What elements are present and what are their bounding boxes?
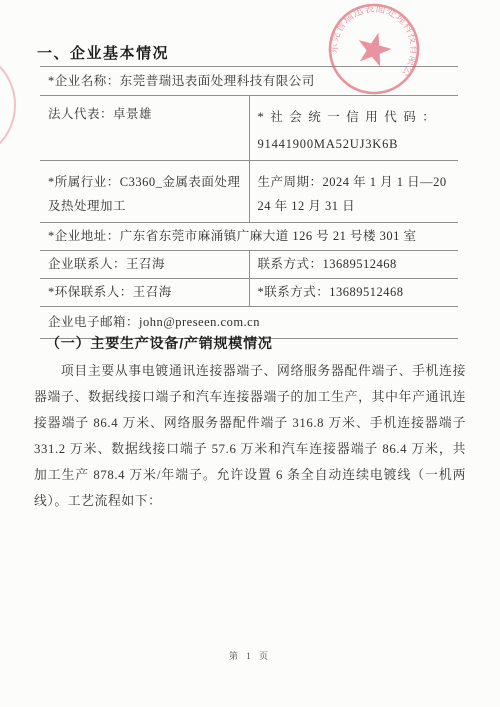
industry-cell: *所属行业：C3360_金属表面处理及热处理加工 xyxy=(40,161,249,223)
section2-heading: （一）主要生产设备/产销规模情况 xyxy=(46,333,273,353)
contact-phone-cell: 联系方式：13689512468 xyxy=(249,251,458,279)
table-row: *环保联系人：王召海 *联系方式：13689512468 xyxy=(40,279,458,307)
company-contact-cell: 企业联系人：王召海 xyxy=(40,251,249,279)
table-row: 法人代表：卓景雄 *社会统一信用代码： 91441900MA52UJ3K6B xyxy=(40,96,458,161)
table-row: *企业地址：广东省东莞市麻涌镇广麻大道 126 号 21 号楼 301 室 xyxy=(40,223,458,251)
table-row: *企业名称：东莞普瑞迅表面处理科技有限公司 xyxy=(40,67,458,96)
credit-code-cell: *社会统一信用代码： 91441900MA52UJ3K6B xyxy=(249,96,458,161)
company-address-cell: *企业地址：广东省东莞市麻涌镇广麻大道 126 号 21 号楼 301 室 xyxy=(40,223,458,251)
partial-stamp-arc xyxy=(0,48,16,162)
page-number: 第 1 页 xyxy=(0,649,500,662)
scanned-document-page: 一、企业基本情况 *企业名称：东莞普瑞迅表面处理科技有限公司 法人代表：卓景雄 … xyxy=(0,0,500,707)
enterprise-info-table: *企业名称：东莞普瑞迅表面处理科技有限公司 法人代表：卓景雄 *社会统一信用代码… xyxy=(40,66,458,339)
table-row: 企业联系人：王召海 联系方式：13689512468 xyxy=(40,251,458,279)
env-phone-cell: *联系方式：13689512468 xyxy=(249,279,458,307)
company-name-cell: *企业名称：东莞普瑞迅表面处理科技有限公司 xyxy=(40,67,458,96)
table-row: *所属行业：C3360_金属表面处理及热处理加工 生产周期：2024 年 1 月… xyxy=(40,161,458,223)
production-period-cell: 生产周期：2024 年 1 月 1 日—2024 年 12 月 31 日 xyxy=(249,161,458,223)
legal-representative-cell: 法人代表：卓景雄 xyxy=(40,96,249,161)
seal-star-icon xyxy=(353,28,394,68)
credit-code-label: *社会统一信用代码： xyxy=(258,105,453,129)
production-scale-paragraph: 项目主要从事电镀通讯连接器端子、网络服务器配件端子、手机连接器端子、数据线接口端… xyxy=(34,358,466,514)
env-contact-cell: *环保联系人：王召海 xyxy=(40,279,249,307)
credit-code-value: 91441900MA52UJ3K6B xyxy=(258,132,453,156)
section1-heading: 一、企业基本情况 xyxy=(37,42,169,63)
